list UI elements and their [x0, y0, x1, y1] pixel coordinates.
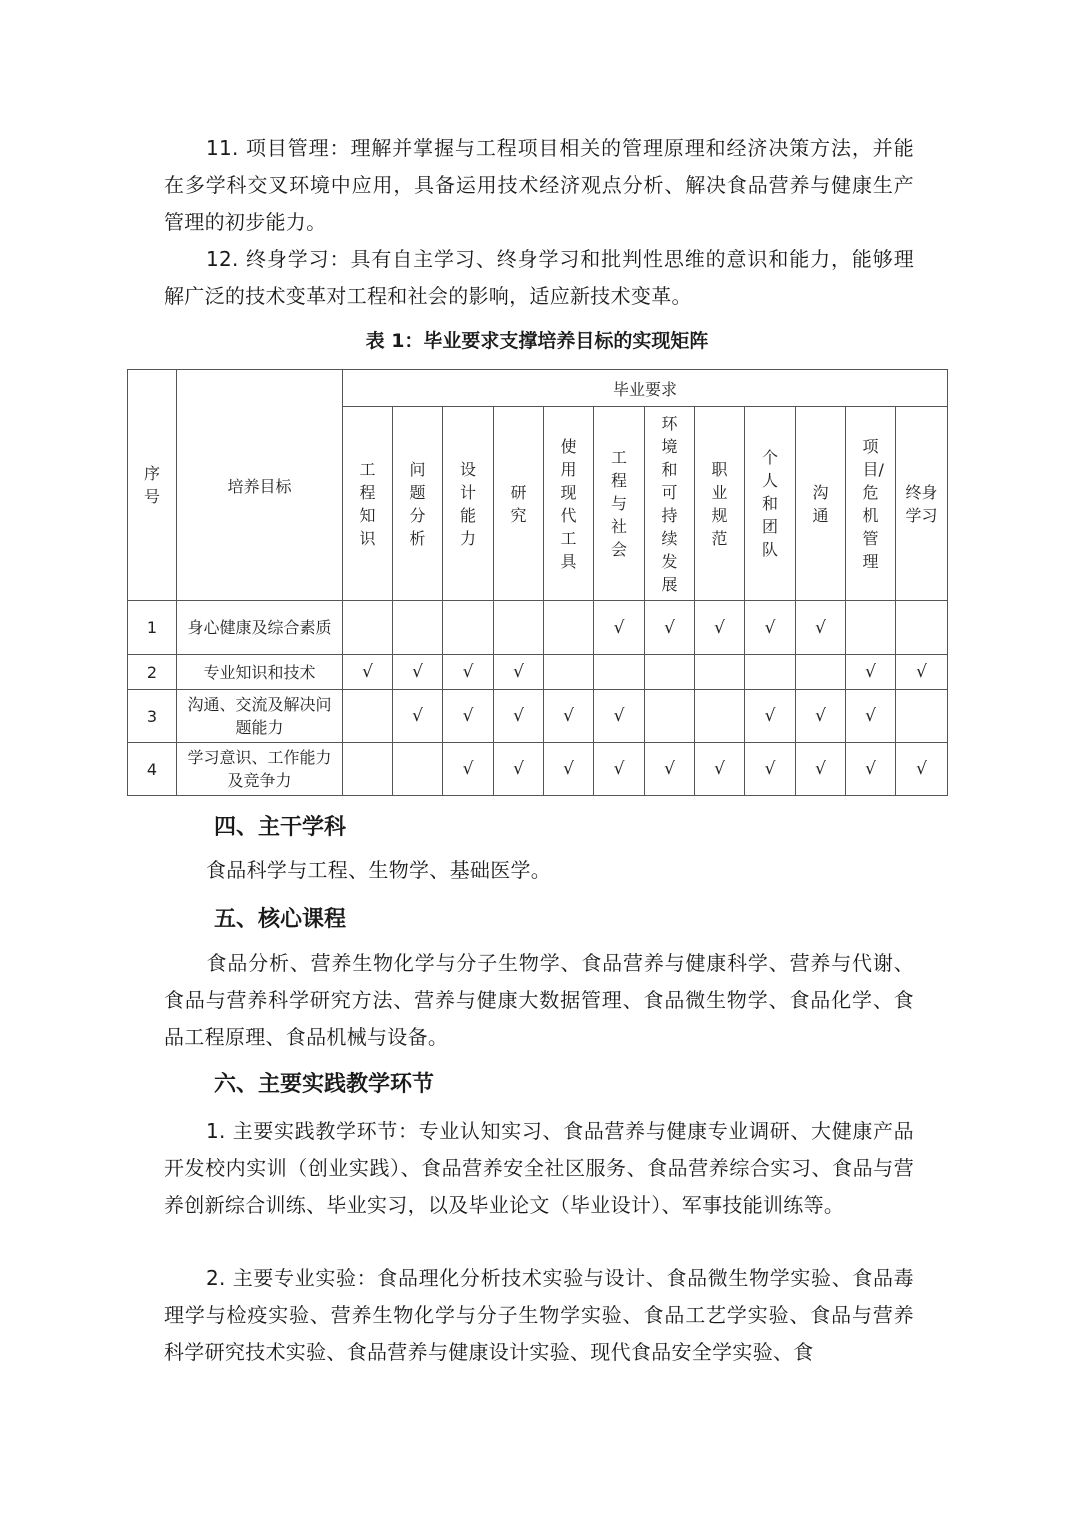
check-cell — [343, 743, 393, 796]
check-cell: √ — [745, 601, 796, 655]
header-col: 工程与社会 — [594, 407, 645, 601]
row-goal: 学习意识、工作能力及竞争力 — [177, 743, 343, 796]
check-cell: √ — [645, 743, 695, 796]
check-cell: √ — [393, 655, 443, 690]
practice-item-2: 2. 主要专业实验：食品理化分析技术实验与设计、食品微生物学实验、食品毒理学与检… — [164, 1260, 914, 1371]
header-col: 环境和可持续发展 — [645, 407, 695, 601]
table-row: 3 沟通、交流及解决问题能力 √ √ √ √ √ √ √ √ — [128, 690, 948, 743]
check-cell — [393, 601, 443, 655]
header-goal: 培养目标 — [177, 370, 343, 601]
check-cell — [695, 655, 745, 690]
check-cell: √ — [846, 743, 896, 796]
header-graduation-requirements: 毕业要求 — [343, 370, 948, 407]
check-cell: √ — [896, 655, 948, 690]
check-cell — [443, 601, 494, 655]
check-cell: √ — [494, 743, 544, 796]
check-cell: √ — [594, 743, 645, 796]
item-text: 项目管理：理解并掌握与工程项目相关的管理原理和经济决策方法，并能在多学科交叉环境… — [164, 136, 914, 234]
header-col: 职业规范 — [695, 407, 745, 601]
row-seq: 2 — [128, 655, 177, 690]
row-seq: 4 — [128, 743, 177, 796]
header-col: 设计能力 — [443, 407, 494, 601]
row-goal: 沟通、交流及解决问题能力 — [177, 690, 343, 743]
item-number: 2. — [206, 1266, 226, 1290]
check-cell — [645, 690, 695, 743]
document-page: 11. 项目管理：理解并掌握与工程项目相关的管理原理和经济决策方法，并能在多学科… — [0, 0, 1074, 1520]
check-cell: √ — [896, 743, 948, 796]
practice-item-1: 1. 主要实践教学环节：专业认知实习、食品营养与健康专业调研、大健康产品开发校内… — [164, 1113, 914, 1224]
header-col: 研究 — [494, 407, 544, 601]
check-cell: √ — [846, 655, 896, 690]
table-row: 1 身心健康及综合素质 √ √ √ √ √ — [128, 601, 948, 655]
check-cell: √ — [594, 601, 645, 655]
check-cell — [745, 655, 796, 690]
section-heading-practice: 六、主要实践教学环节 — [214, 1067, 434, 1098]
check-cell: √ — [594, 690, 645, 743]
header-col: 项目/危机管理 — [846, 407, 896, 601]
check-cell: √ — [745, 690, 796, 743]
check-cell — [494, 601, 544, 655]
requirements-matrix-table: 序号 培养目标 毕业要求 工程知识 问题分析 设计能力 研究 使用现代工具 工程… — [127, 369, 948, 796]
check-cell — [896, 601, 948, 655]
row-seq: 3 — [128, 690, 177, 743]
item-number: 12. — [206, 247, 239, 271]
header-col: 终身学习 — [896, 407, 948, 601]
row-goal: 身心健康及综合素质 — [177, 601, 343, 655]
check-cell — [343, 690, 393, 743]
check-cell: √ — [443, 655, 494, 690]
check-cell — [896, 690, 948, 743]
check-cell: √ — [645, 601, 695, 655]
table-row: 4 学习意识、工作能力及竞争力 √ √ √ √ √ √ √ √ √ √ — [128, 743, 948, 796]
row-goal: 专业知识和技术 — [177, 655, 343, 690]
check-cell: √ — [393, 690, 443, 743]
header-col: 工程知识 — [343, 407, 393, 601]
item-text: 主要专业实验：食品理化分析技术实验与设计、食品微生物学实验、食品毒理学与检疫实验… — [164, 1266, 914, 1364]
section-text-major-disciplines: 食品科学与工程、生物学、基础医学。 — [164, 852, 914, 889]
check-cell: √ — [695, 743, 745, 796]
check-cell: √ — [745, 743, 796, 796]
check-cell — [343, 601, 393, 655]
check-cell: √ — [796, 743, 846, 796]
item-text: 终身学习：具有自主学习、终身学习和批判性思维的意识和能力，能够理解广泛的技术变革… — [164, 247, 914, 308]
check-cell — [645, 655, 695, 690]
check-cell: √ — [443, 690, 494, 743]
check-cell — [846, 601, 896, 655]
section-heading-major-disciplines: 四、主干学科 — [214, 810, 346, 841]
check-cell: √ — [796, 690, 846, 743]
check-cell: √ — [494, 690, 544, 743]
table-caption: 表 1：毕业要求支撑培养目标的实现矩阵 — [0, 326, 1074, 353]
check-cell: √ — [846, 690, 896, 743]
check-cell — [695, 690, 745, 743]
section-heading-core-courses: 五、核心课程 — [214, 902, 346, 933]
header-seq: 序号 — [128, 370, 177, 601]
paragraph-item-11: 11. 项目管理：理解并掌握与工程项目相关的管理原理和经济决策方法，并能在多学科… — [164, 130, 914, 241]
section-text-core-courses: 食品分析、营养生物化学与分子生物学、食品营养与健康科学、营养与代谢、食品与营养科… — [164, 945, 914, 1056]
check-cell: √ — [343, 655, 393, 690]
header-col: 个人和团队 — [745, 407, 796, 601]
item-text: 主要实践教学环节：专业认知实习、食品营养与健康专业调研、大健康产品开发校内实训（… — [164, 1119, 914, 1217]
header-col: 沟通 — [796, 407, 846, 601]
check-cell: √ — [494, 655, 544, 690]
header-col: 问题分析 — [393, 407, 443, 601]
check-cell: √ — [443, 743, 494, 796]
check-cell — [544, 601, 594, 655]
check-cell: √ — [544, 743, 594, 796]
item-number: 1. — [206, 1119, 226, 1143]
check-cell: √ — [796, 601, 846, 655]
header-col: 使用现代工具 — [544, 407, 594, 601]
check-cell — [393, 743, 443, 796]
paragraph-item-12: 12. 终身学习：具有自主学习、终身学习和批判性思维的意识和能力，能够理解广泛的… — [164, 241, 914, 315]
check-cell — [594, 655, 645, 690]
item-number: 11. — [206, 136, 239, 160]
check-cell: √ — [544, 690, 594, 743]
check-cell: √ — [695, 601, 745, 655]
check-cell — [544, 655, 594, 690]
row-seq: 1 — [128, 601, 177, 655]
table-row: 2 专业知识和技术 √ √ √ √ √ √ — [128, 655, 948, 690]
check-cell — [796, 655, 846, 690]
